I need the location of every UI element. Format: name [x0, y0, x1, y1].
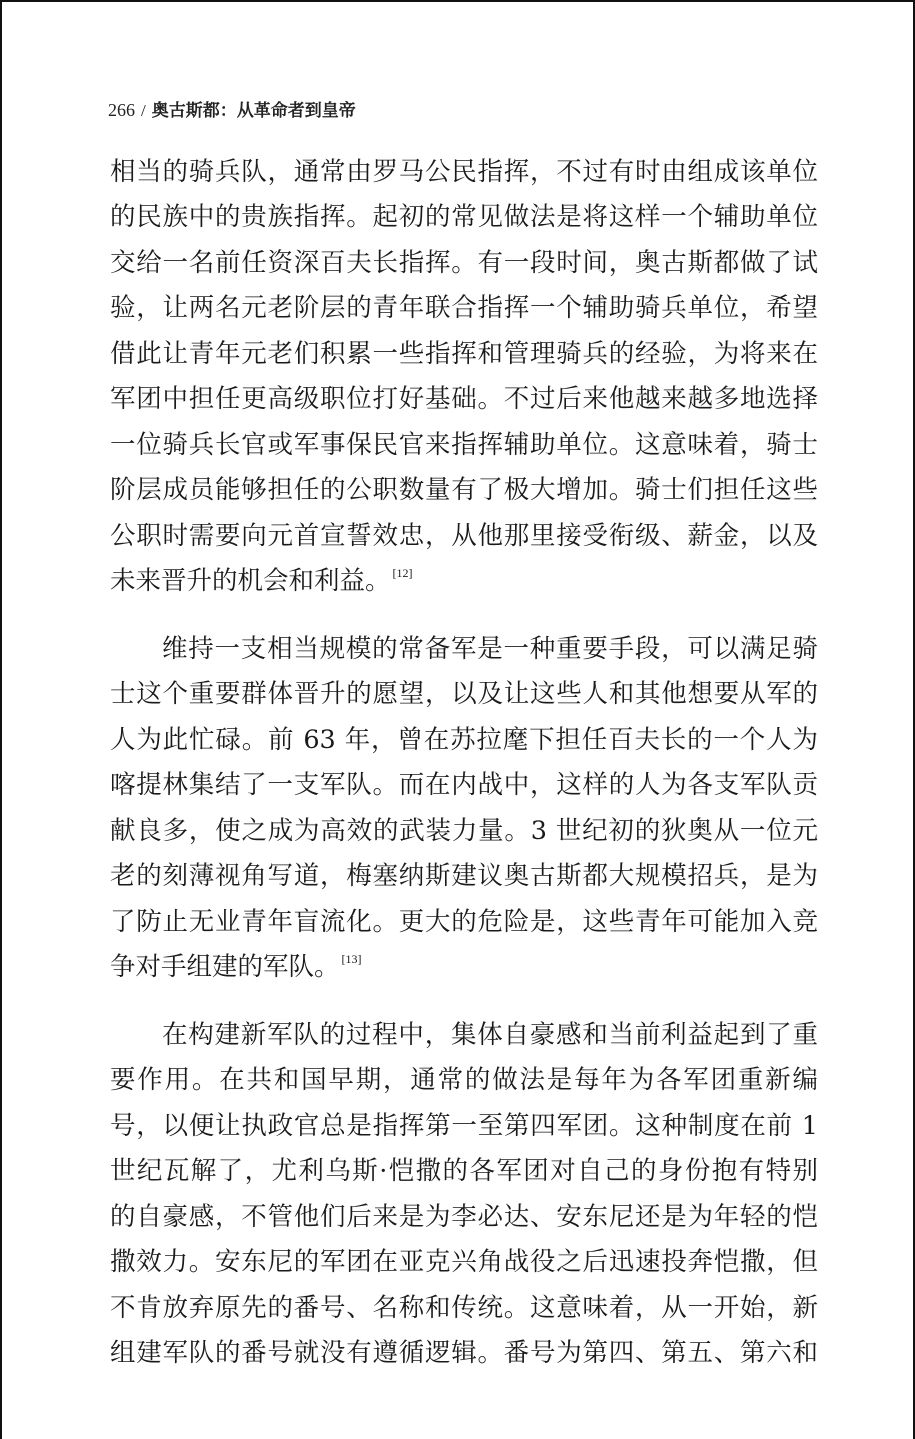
text-line: 一位骑兵长官或军事保民官来指挥辅助单位。这意味着，骑士: [110, 425, 818, 465]
text-line: 军团中担任更高级职位打好基础。不过后来他越来越多地选择: [110, 379, 818, 419]
text-line: 相当的骑兵队，通常由罗马公民指挥，不过有时由组成该单位: [110, 152, 818, 192]
text-line-content: 争对手组建的军队。: [110, 952, 340, 982]
text-line: 世纪瓦解了，尤利乌斯·恺撒的各军团对自己的身份抱有特别: [110, 1151, 818, 1191]
footnote-ref-12[interactable]: [12]: [393, 566, 413, 580]
text-line: 交给一名前任资深百夫长指挥。有一段时间，奥古斯都做了试: [110, 243, 818, 283]
text-line: 的自豪感，不管他们后来是为李必达、安东尼还是为年轻的恺: [110, 1197, 818, 1237]
header-separator: /: [141, 101, 146, 120]
text-line: 撒效力。安东尼的军团在亚克兴角战役之后迅速投奔恺撒，但: [110, 1242, 818, 1282]
running-header: 266/奥古斯都：从革命者到皇帝: [108, 98, 356, 122]
text-line: 借此让青年元老们积累一些指挥和管理骑兵的经验，为将来在: [110, 334, 818, 374]
footnote-ref-13[interactable]: [13]: [342, 952, 362, 966]
text-line-last: 未来晋升的机会和利益。[12]: [110, 561, 818, 601]
text-line: 了防止无业青年盲流化。更大的危险是，这些青年可能加入竞: [110, 902, 818, 942]
page-number: 266: [108, 100, 135, 120]
text-line-indented: 维持一支相当规模的常备军是一种重要手段，可以满足骑: [162, 629, 818, 669]
text-line: 阶层成员能够担任的公职数量有了极大增加。骑士们担任这些: [110, 470, 818, 510]
text-line-indented: 在构建新军队的过程中，集体自豪感和当前利益起到了重: [162, 1015, 818, 1055]
text-line: 验，让两名元老阶层的青年联合指挥一个辅助骑兵单位，希望: [110, 288, 818, 328]
text-line: 喀提林集结了一支军队。而在内战中，这样的人为各支军队贡: [110, 765, 818, 805]
text-line: 公职时需要向元首宣誓效忠，从他那里接受衔级、薪金，以及: [110, 516, 818, 556]
text-line: 不肯放弃原先的番号、名称和传统。这意味着，从一开始，新: [110, 1288, 818, 1328]
text-line: 的民族中的贵族指挥。起初的常见做法是将这样一个辅助单位: [110, 197, 818, 237]
text-line-last: 争对手组建的军队。[13]: [110, 947, 818, 987]
text-line: 士这个重要群体晋升的愿望，以及让这些人和其他想要从军的: [110, 674, 818, 714]
text-line: 献良多，使之成为高效的武装力量。3 世纪初的狄奥从一位元: [110, 811, 818, 851]
text-line: 号，以便让执政官总是指挥第一至第四军团。这种制度在前 1: [110, 1106, 818, 1146]
text-line: 老的刻薄视角写道，梅塞纳斯建议奥古斯都大规模招兵，是为: [110, 856, 818, 896]
text-line: 要作用。在共和国早期，通常的做法是每年为各军团重新编: [110, 1060, 818, 1100]
text-line-content: 未来晋升的机会和利益。: [110, 566, 391, 596]
book-title: 奥古斯都：从革命者到皇帝: [152, 101, 356, 121]
text-line: 组建军队的番号就没有遵循逻辑。番号为第四、第五、第六和: [110, 1333, 818, 1373]
text-line: 人为此忙碌。前 63 年，曾在苏拉麾下担任百夫长的一个人为: [110, 720, 818, 760]
book-page: 266/奥古斯都：从革命者到皇帝 相当的骑兵队，通常由罗马公民指挥，不过有时由组…: [0, 0, 915, 1439]
